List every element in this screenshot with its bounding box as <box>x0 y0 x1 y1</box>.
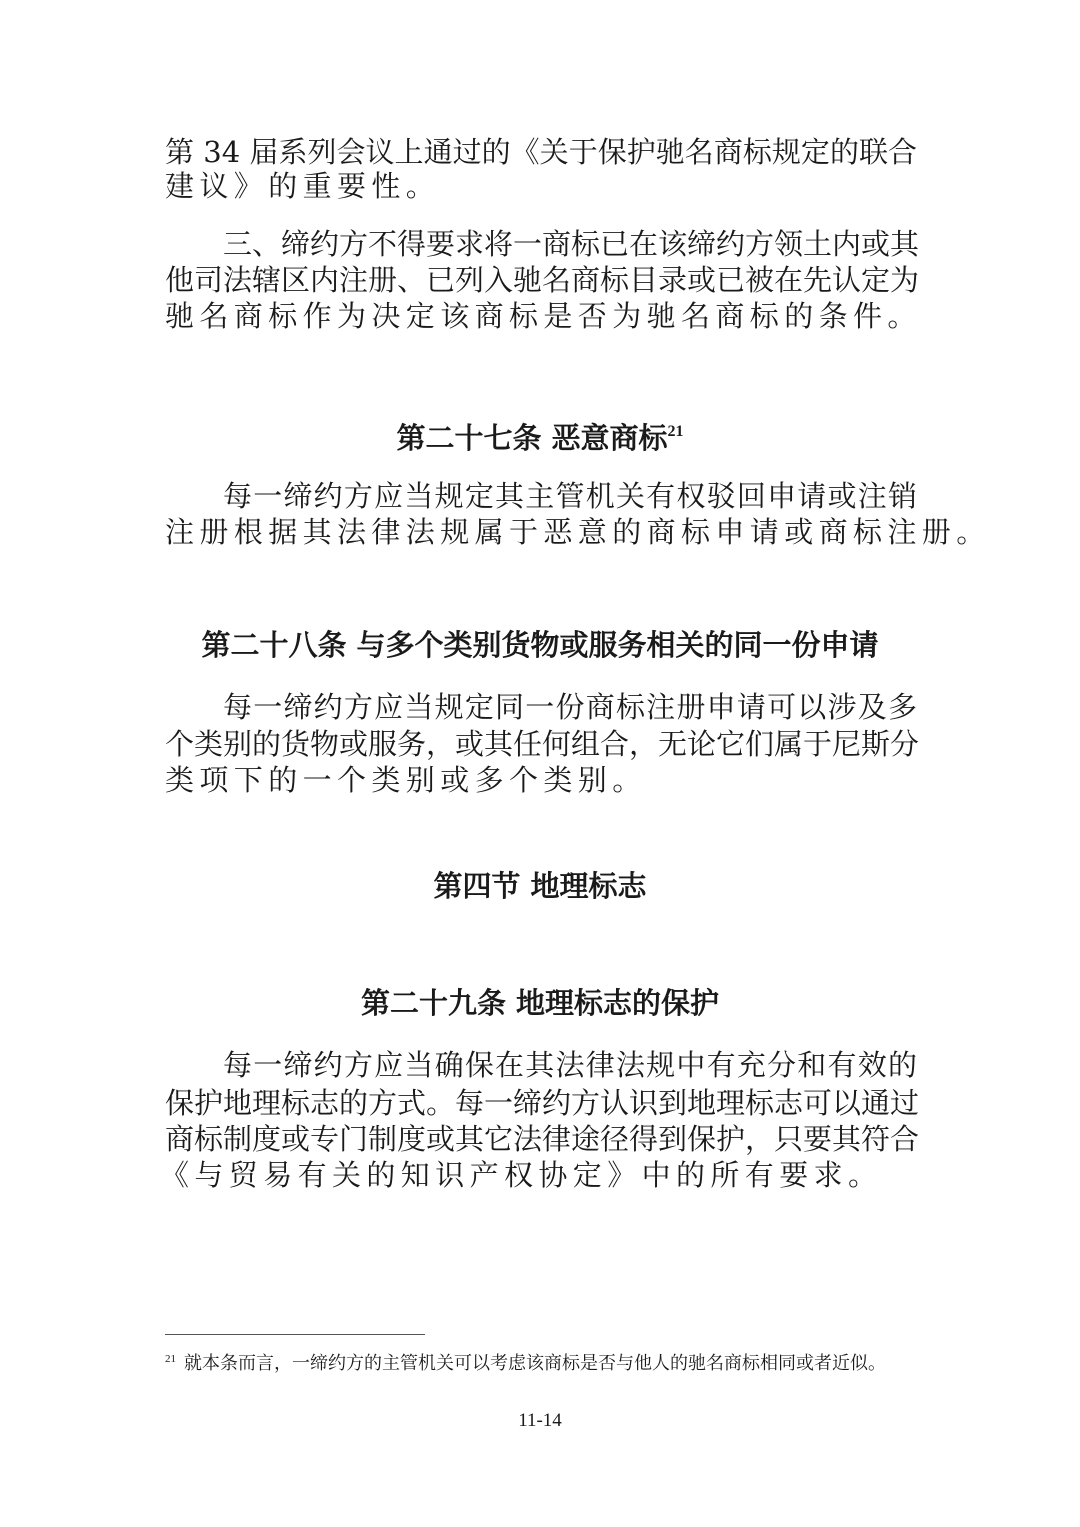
body-text-line: 驰名商标作为决定该商标是否为驰名商标的条件。 <box>165 298 917 334</box>
body-text-line: 商标制度或专门制度或其它法律途径得到保护，只要其符合 <box>165 1121 917 1157</box>
body-text-line: 类项下的一个类别或多个类别。 <box>165 762 917 798</box>
footnote-text: 就本条而言，一缔约方的主管机关可以考虑该商标是否与他人的驰名商标相同或者近似。 <box>184 1353 886 1373</box>
article-27-title: 第二十七条 恶意商标 <box>396 421 667 455</box>
body-text-line: 每一缔约方应当规定同一份商标注册申请可以涉及多 <box>223 689 917 725</box>
footnote-number: 21 <box>165 1353 176 1365</box>
body-text-line: 保护地理标志的方式。每一缔约方认识到地理标志可以通过 <box>165 1085 917 1121</box>
footnote-separator <box>165 1334 425 1335</box>
body-text-line: 他司法辖区内注册、已列入驰名商标目录或已被在先认定为 <box>165 262 917 298</box>
body-text-line: 第 34 届系列会议上通过的《关于保护驰名商标规定的联合 <box>165 134 917 170</box>
body-text-line: 注册根据其法律法规属于恶意的商标申请或商标注册。 <box>165 514 917 550</box>
body-text-line: 每一缔约方应当规定其主管机关有权驳回申请或注销 <box>223 478 917 514</box>
article-28-heading: 第二十八条 与多个类别货物或服务相关的同一份申请 <box>0 627 1080 663</box>
body-text-line: 每一缔约方应当确保在其法律法规中有充分和有效的 <box>223 1047 917 1083</box>
body-text-line: 三、缔约方不得要求将一商标已在该缔约方领土内或其 <box>223 226 917 262</box>
body-text-line: 《与贸易有关的知识产权协定》中的所有要求。 <box>160 1157 912 1193</box>
footnote: 21就本条而言，一缔约方的主管机关可以考虑该商标是否与他人的驰名商标相同或者近似… <box>165 1348 886 1374</box>
article-29-heading: 第二十九条 地理标志的保护 <box>0 985 1080 1021</box>
page-number: 11-14 <box>0 1410 1080 1432</box>
body-text-line: 建议》的重要性。 <box>165 168 917 204</box>
footnote-reference: 21 <box>668 423 684 440</box>
section-4-heading: 第四节 地理标志 <box>0 868 1080 904</box>
article-27-heading: 第二十七条 恶意商标21 <box>0 414 1080 456</box>
body-text-line: 个类别的货物或服务，或其任何组合，无论它们属于尼斯分 <box>165 726 917 762</box>
